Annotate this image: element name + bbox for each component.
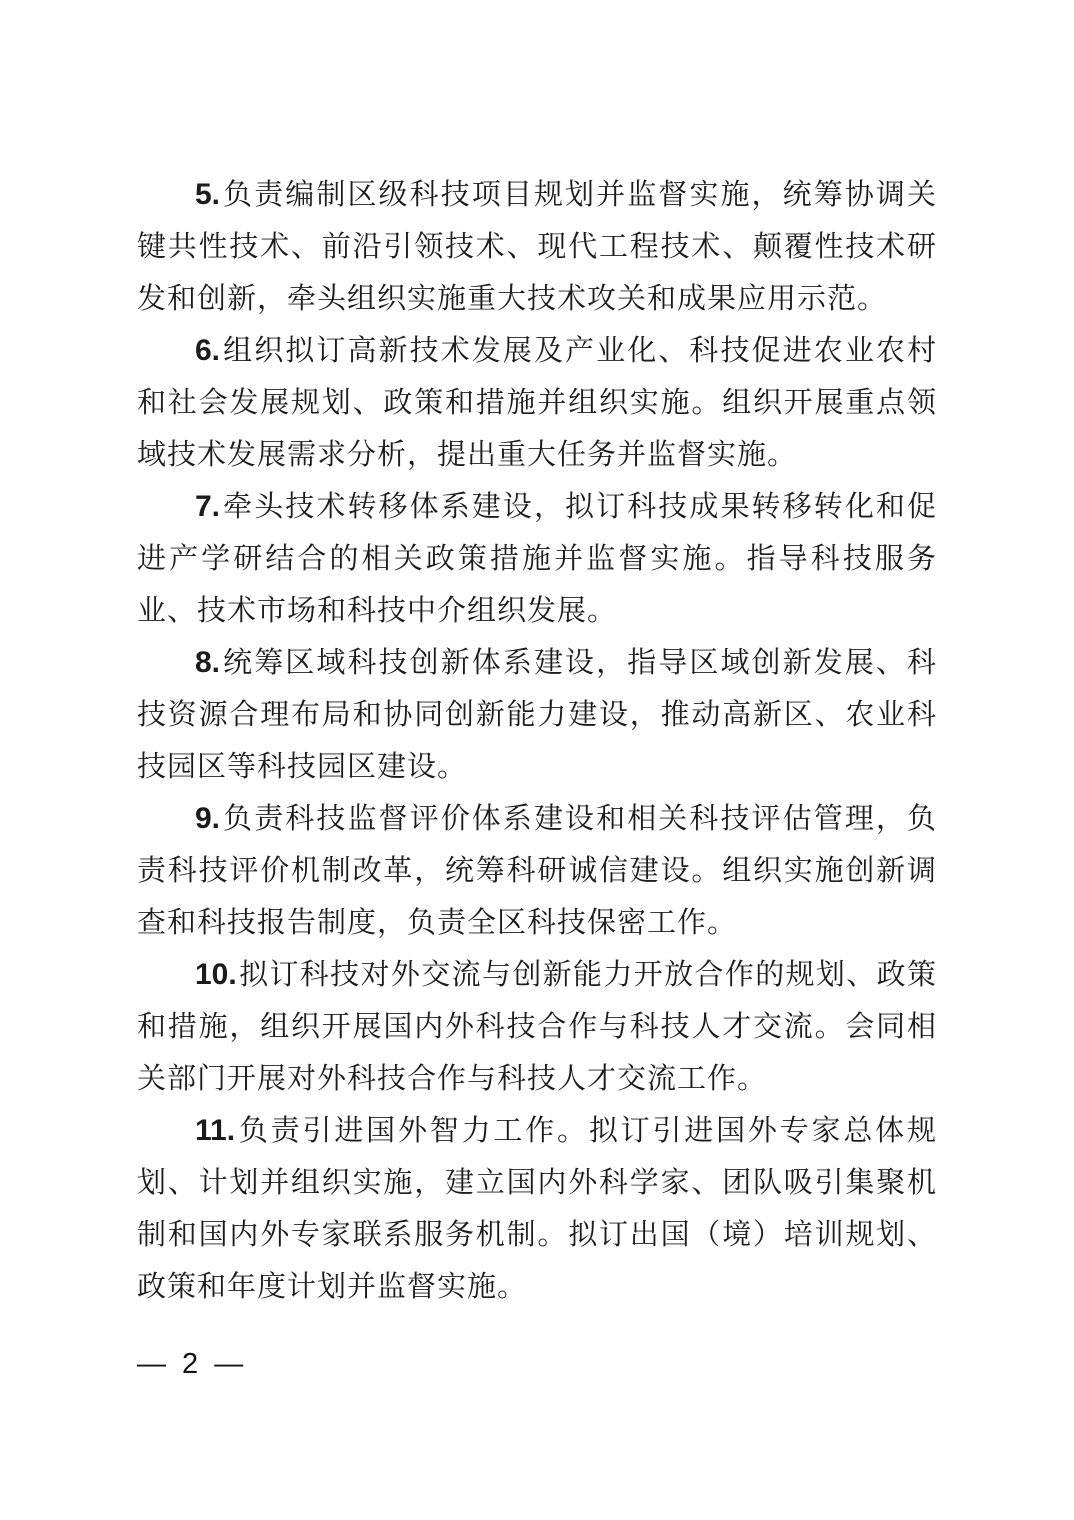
item-text: 负责引进国外智力工作。拟订引进国外专家总体规划、计划并组织实施，建立国内外科学家… [137,1115,937,1303]
page-number: — 2 — [137,1348,247,1381]
item-number: 11. [195,1114,237,1147]
duty-item-11: 11.负责引进国外智力工作。拟订引进国外专家总体规划、计划并组织实施，建立国内外… [137,1105,937,1313]
item-number: 8. [195,646,222,679]
duty-item-10: 10.拟订科技对外交流与创新能力开放合作的规划、政策和措施，组织开展国内外科技合… [137,949,937,1105]
item-number: 6. [195,334,222,367]
duty-item-6: 6.组织拟订高新技术发展及产业化、科技促进农业农村和社会发展规划、政策和措施并组… [137,325,937,481]
item-number: 7. [195,490,222,523]
item-text: 牵头技术转移体系建设，拟订科技成果转移转化和促进产学研结合的相关政策措施并监督实… [137,491,937,627]
item-text: 组织拟订高新技术发展及产业化、科技促进农业农村和社会发展规划、政策和措施并组织实… [137,335,937,471]
duty-item-7: 7.牵头技术转移体系建设，拟订科技成果转移转化和促进产学研结合的相关政策措施并监… [137,481,937,637]
item-number: 10. [195,958,239,991]
item-text: 负责编制区级科技项目规划并监督实施，统筹协调关键共性技术、前沿引领技术、现代工程… [137,179,937,315]
item-text: 统筹区域科技创新体系建设，指导区域创新发展、科技资源合理布局和协同创新能力建设，… [137,647,937,783]
item-text: 拟订科技对外交流与创新能力开放合作的规划、政策和措施，组织开展国内外科技合作与科… [137,959,937,1095]
duty-item-8: 8.统筹区域科技创新体系建设，指导区域创新发展、科技资源合理布局和协同创新能力建… [137,637,937,793]
document-page: 5.负责编制区级科技项目规划并监督实施，统筹协调关键共性技术、前沿引领技术、现代… [0,0,1074,1520]
item-number: 9. [195,802,222,835]
duty-item-5: 5.负责编制区级科技项目规划并监督实施，统筹协调关键共性技术、前沿引领技术、现代… [137,169,937,325]
item-number: 5. [195,178,222,211]
item-text: 负责科技监督评价体系建设和相关科技评估管理，负责科技评价机制改革，统筹科研诚信建… [137,803,937,939]
document-body: 5.负责编制区级科技项目规划并监督实施，统筹协调关键共性技术、前沿引领技术、现代… [137,169,937,1313]
duty-item-9: 9.负责科技监督评价体系建设和相关科技评估管理，负责科技评价机制改革，统筹科研诚… [137,793,937,949]
